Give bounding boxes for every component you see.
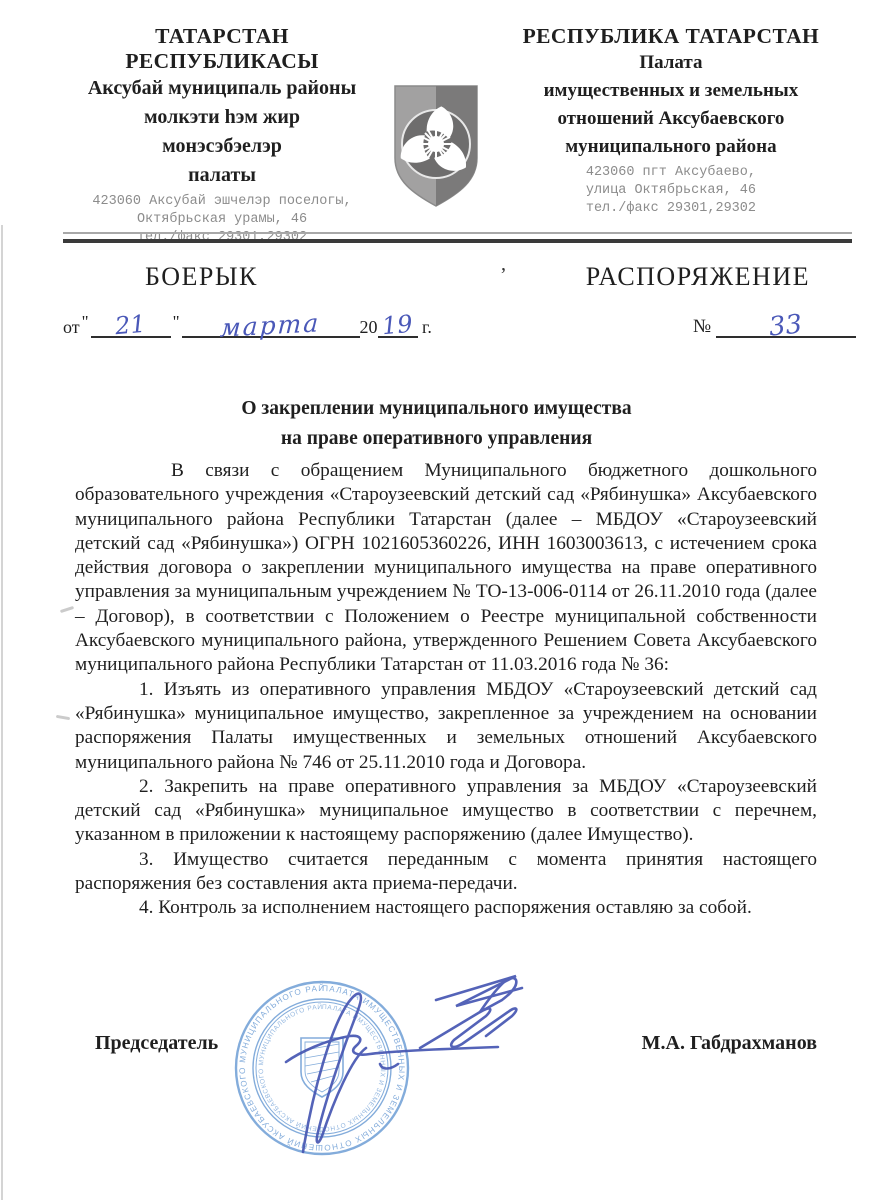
preamble-paragraph: В связи с обращением Муниципального бюдж… <box>75 459 817 678</box>
letterhead-tatar-column: ТАТАРСТАН РЕСПУБЛИКАСЫ Аксубай муниципал… <box>58 24 386 247</box>
org-name-russian-line3: имущественных и земельных <box>489 77 853 105</box>
signer-name: М.А. Габдрахманов <box>642 1032 817 1055</box>
signer-position: Председатель <box>95 1032 218 1055</box>
scan-edge-artifact <box>1 225 3 1200</box>
apostrophe-mark: ’ <box>500 264 508 287</box>
divider-rule-thick <box>63 239 852 243</box>
open-quote: " <box>82 312 89 331</box>
address-russian-line2: улица Октябрьская, 46 <box>489 182 853 200</box>
number-blank: 33 <box>716 312 856 338</box>
address-russian-line1: 423060 пгт Аксубаево, <box>489 164 853 182</box>
org-name-tatar-line2: Аксубай муниципаль районы <box>58 74 386 103</box>
date-line: от"21"марта2019 г. <box>63 312 432 338</box>
order-title-russian: РАСПОРЯЖЕНИЕ <box>586 262 810 292</box>
date-suffix: г. <box>422 317 432 337</box>
letterhead-russian-column: РЕСПУБЛИКА ТАТАРСТАН Палата имущественны… <box>489 24 853 247</box>
address-tatar-line1: 423060 Аксубай эшчелэр поселогы, <box>58 193 386 211</box>
order-body: В связи с обращением Муниципального бюдж… <box>75 459 817 921</box>
close-quote: " <box>173 312 180 331</box>
order-title-tatar: БОЕРЫК <box>145 262 258 292</box>
subject-line2: на праве оперативного управления <box>0 424 873 454</box>
org-name-russian-line5: муниципального района <box>489 133 853 161</box>
pencil-mark-artifact <box>56 715 70 720</box>
number-line: № 33 <box>693 312 856 338</box>
order-item-4: 4. Контроль за исполнением настоящего ра… <box>75 896 817 920</box>
order-subject: О закреплении муниципального имущества н… <box>0 394 873 454</box>
letterhead: ТАТАРСТАН РЕСПУБЛИКАСЫ Аксубай муниципал… <box>58 24 853 247</box>
scanned-order-document: ТАТАРСТАН РЕСПУБЛИКАСЫ Аксубай муниципал… <box>0 0 873 1200</box>
number-label: № <box>693 316 711 337</box>
org-name-tatar-line5: палаты <box>58 161 386 190</box>
order-item-2: 2. Закрепить на праве оперативного управ… <box>75 775 817 848</box>
date-month-blank: марта <box>182 312 360 338</box>
address-tatar-line2: Октябрьская урамы, 46 <box>58 211 386 229</box>
order-item-1: 1. Изъять из оперативного управления МБД… <box>75 678 817 775</box>
date-year-blank: 19 <box>378 312 418 338</box>
order-item-3: 3. Имущество считается переданным с моме… <box>75 848 817 897</box>
org-name-tatar: ТАТАРСТАН РЕСПУБЛИКАСЫ <box>58 24 386 74</box>
org-name-tatar-line3: молкэти һэм жир <box>58 103 386 132</box>
divider-rule-thin <box>63 232 852 234</box>
address-russian-line3: тел./факс 29301,29302 <box>489 200 853 218</box>
org-name-russian: РЕСПУБЛИКА ТАТАРСТАН <box>489 24 853 49</box>
handwritten-number: 33 <box>768 309 804 342</box>
handwritten-day: 21 <box>114 310 147 341</box>
handwritten-month: марта <box>220 308 322 342</box>
address-russian: 423060 пгт Аксубаево, улица Октябрьская,… <box>489 164 853 218</box>
org-name-russian-line4: отношений Аксубаевского <box>489 105 853 133</box>
date-prefix: от <box>63 317 80 337</box>
handwritten-year: 19 <box>381 310 414 341</box>
org-name-russian-line2: Палата <box>489 49 853 77</box>
subject-line1: О закреплении муниципального имущества <box>0 394 873 424</box>
handwritten-signature <box>230 940 550 1170</box>
coat-of-arms <box>386 24 487 247</box>
coat-of-arms-icon <box>390 82 482 210</box>
date-century: 20 <box>360 317 378 337</box>
org-name-tatar-line4: монэсэбэелэр <box>58 132 386 161</box>
order-title-row: БОЕРЫК ’ РАСПОРЯЖЕНИЕ <box>63 262 852 296</box>
date-day-blank: 21 <box>91 312 171 338</box>
pencil-mark-artifact <box>60 606 74 613</box>
